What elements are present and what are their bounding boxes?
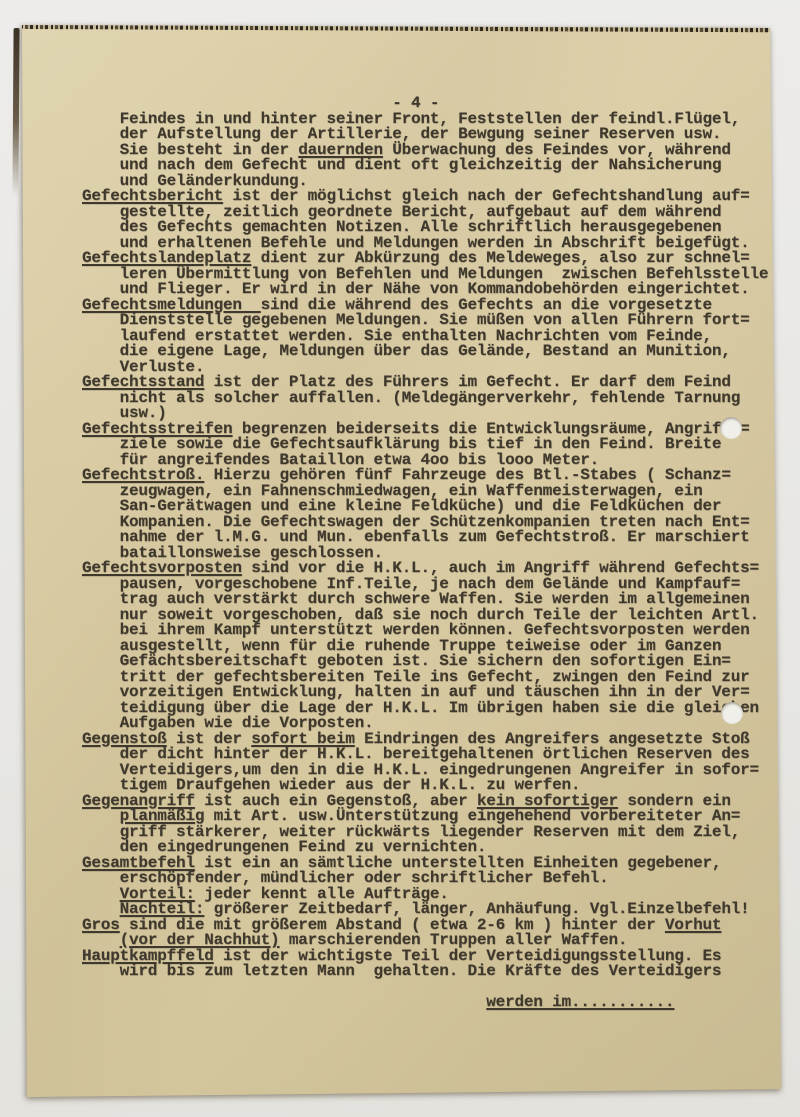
photo-background: - 4 - Feindes in und hinter seiner Front… xyxy=(0,0,800,1117)
page-edge-shadow xyxy=(12,28,19,196)
document-page: - 4 - Feindes in und hinter seiner Front… xyxy=(0,0,800,1117)
underlined-term: werden im........... xyxy=(486,993,674,1011)
text-line: nicht als solcher auffallen. (Meldegänge… xyxy=(82,391,782,407)
burnt-top-edge xyxy=(21,23,771,32)
hole-punch-top xyxy=(720,417,742,439)
document-text: - 4 - Feindes in und hinter seiner Front… xyxy=(82,96,782,1011)
underlined-term: Vorhut xyxy=(665,916,721,934)
hole-punch-bottom xyxy=(721,702,743,724)
text-line: wird bis zum letzten Mann gehalten. Die … xyxy=(82,964,782,980)
text-line: werden im........... xyxy=(82,995,782,1011)
paper-shadow-wrap: - 4 - Feindes in und hinter seiner Front… xyxy=(0,0,800,1117)
